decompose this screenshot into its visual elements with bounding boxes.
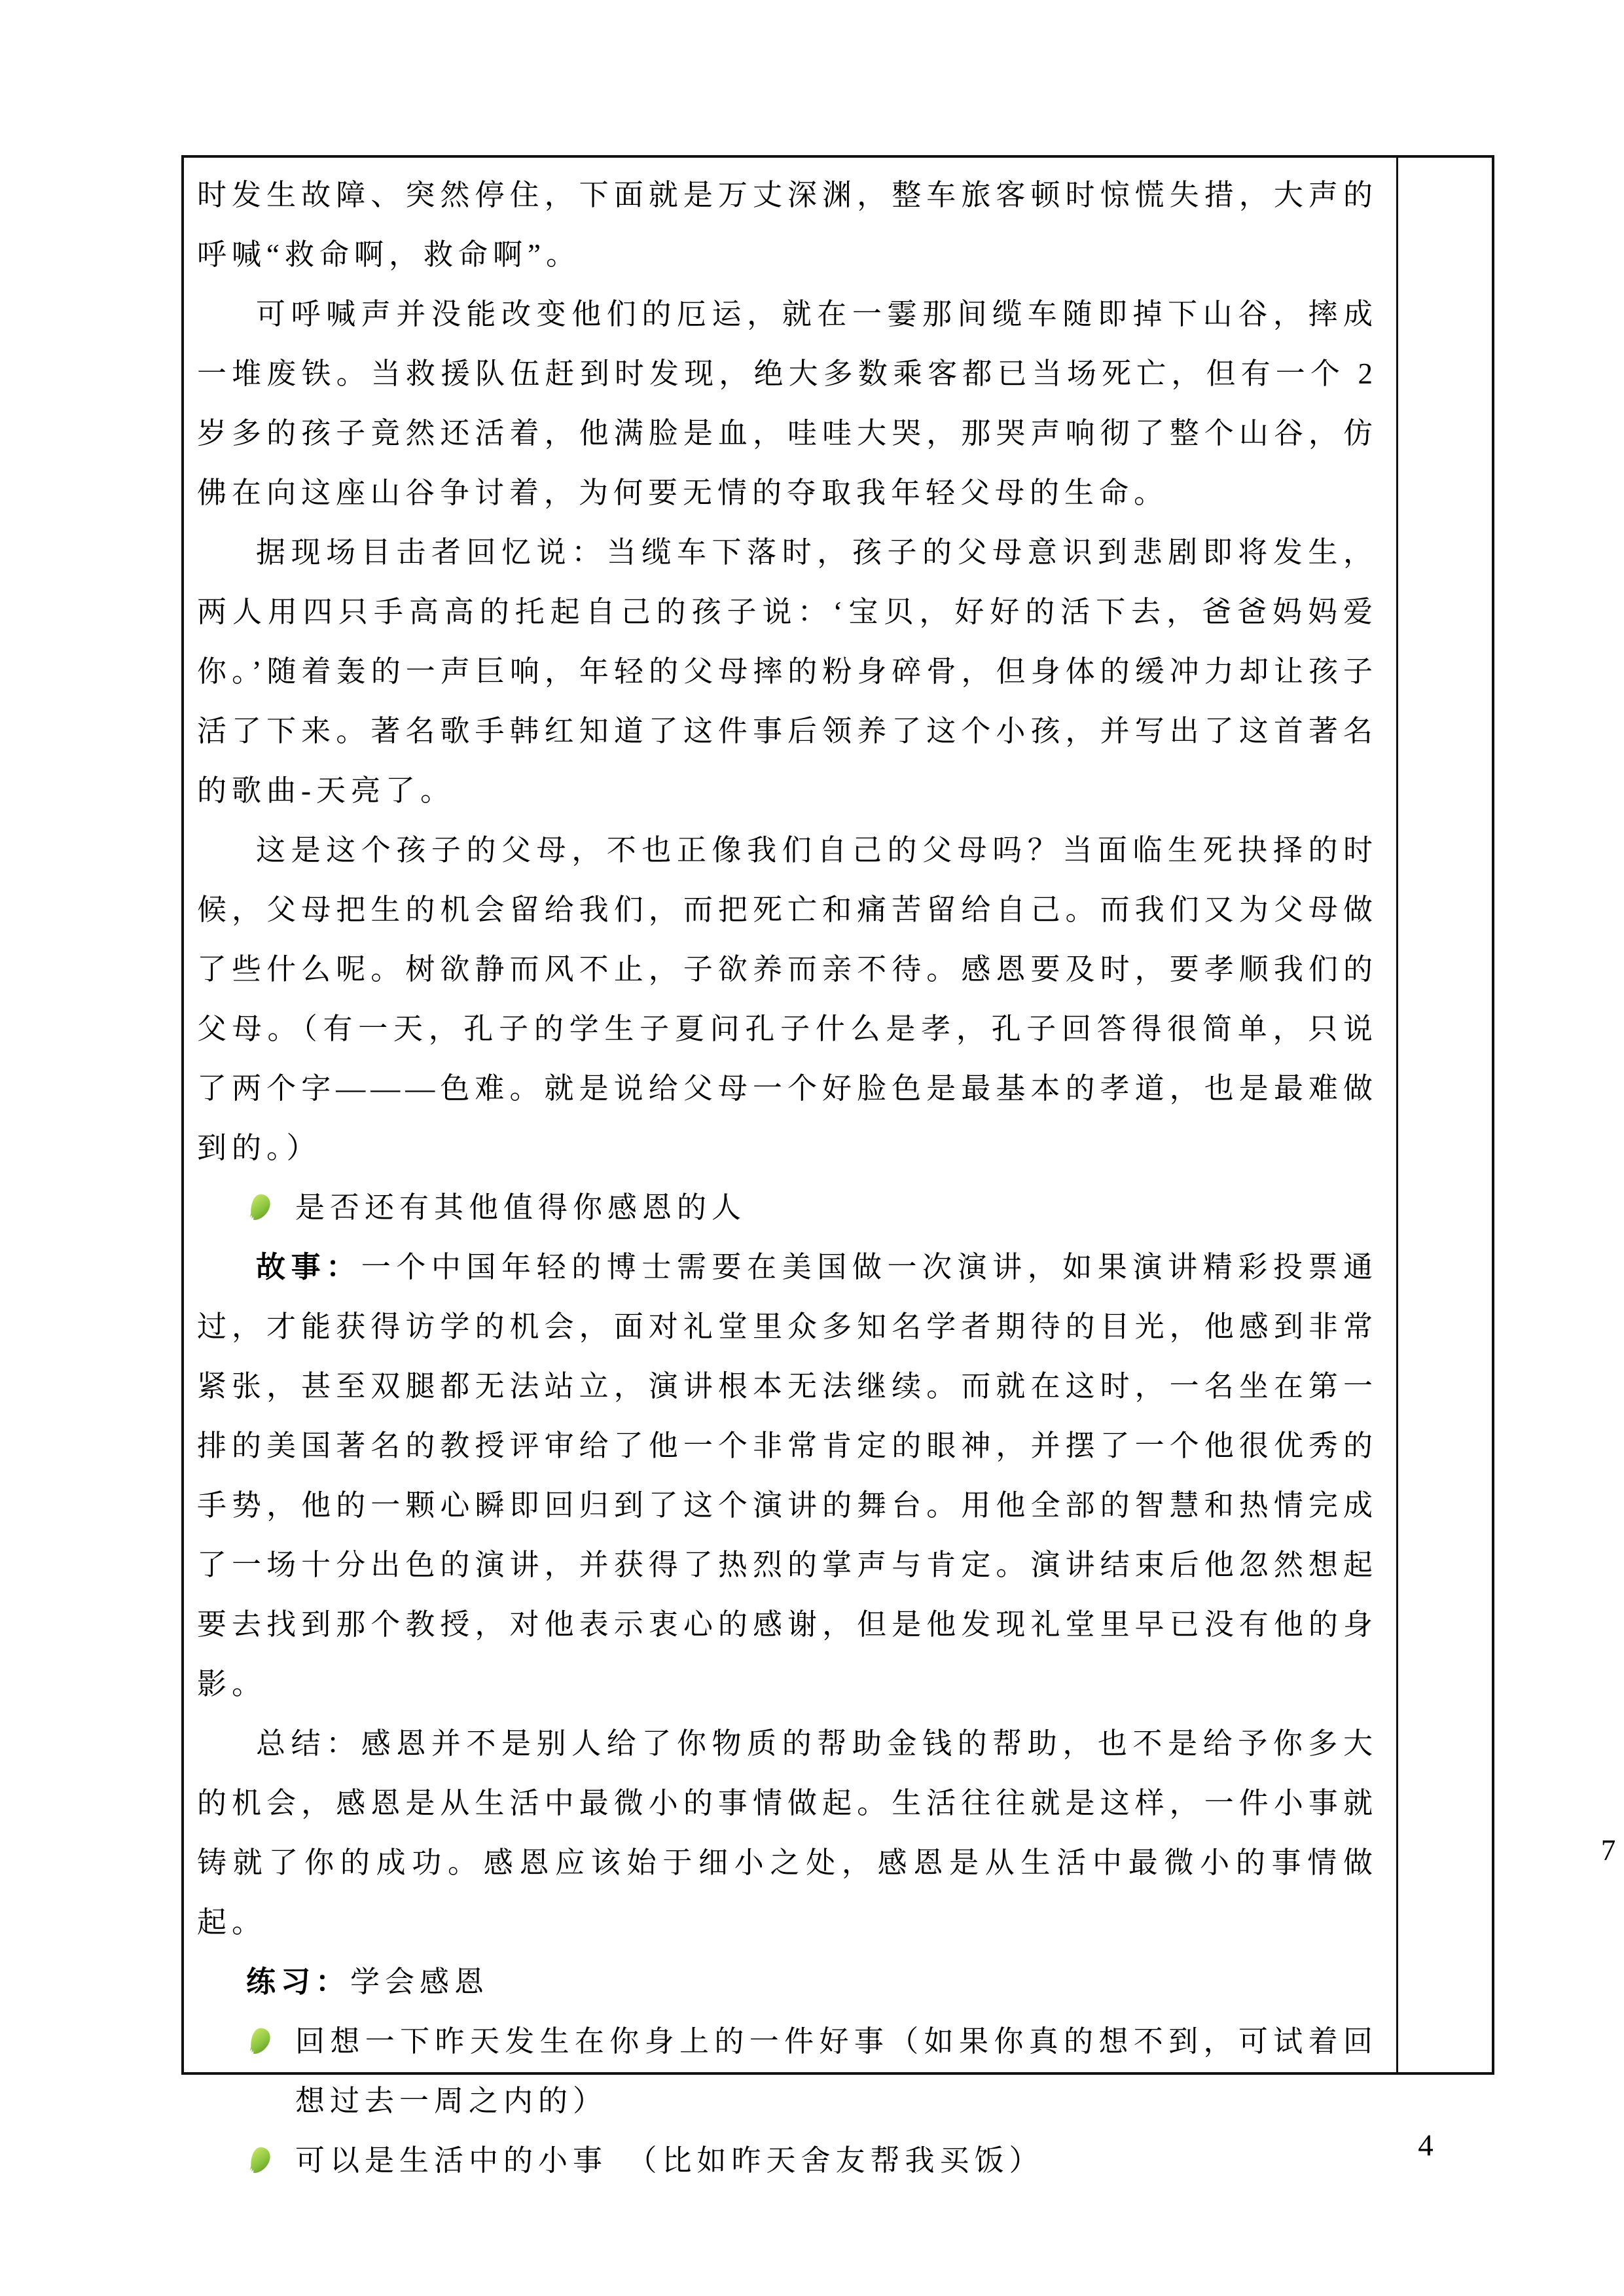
leaf-bullet-icon (248, 2147, 273, 2176)
paragraph-text: 一个中国年轻的博士需要在美国做一次演讲，如果演讲精彩投票通过，才能获得访学的机会… (197, 1251, 1378, 1700)
leaf-bullet-icon (248, 1194, 273, 1223)
exercise-heading: 练习：学会感恩 (246, 1952, 1378, 2012)
lesson-plan-table: 时发生故障、突然停住，下面就是万丈深渊，整车旅客顿时惊慌失措，大声的呼喊“救命啊… (181, 155, 1494, 2075)
page-number: 4 (1406, 2128, 1445, 2162)
paragraph-story-speech: 故事：一个中国年轻的博士需要在美国做一次演讲，如果演讲精彩投票通过，才能获得访学… (197, 1238, 1378, 1714)
side-column-number: 7 (1582, 1831, 1624, 1870)
paragraph-text: 据现场目击者回忆说：当缆车下落时，孩子的父母意识到悲剧即将发生，两人用四只手高高… (197, 536, 1378, 807)
bullet-item-recall-good-thing: 回想一下昨天发生在你身上的一件好事（如果你真的想不到，可试着回想过去一周之内的） (248, 2012, 1378, 2131)
bullet-text: 可以是生活中的小事 （比如昨天舍友帮我买饭） (295, 2131, 1378, 2191)
paragraph-text: 可呼喊声并没能改变他们的厄运，就在一霎那间缆车随即掉下山谷，摔成一堆废铁。当救援… (197, 298, 1378, 509)
bullet-item-small-things: 可以是生活中的小事 （比如昨天舍友帮我买饭） (248, 2131, 1378, 2191)
bullet-text: 是否还有其他值得你感恩的人 (295, 1178, 1378, 1238)
exercise-title: 学会感恩 (350, 1965, 489, 1998)
paragraph-rescue-child-survivor: 可呼喊声并没能改变他们的厄运，就在一霎那间缆车随即掉下山谷，摔成一堆废铁。当救援… (197, 285, 1378, 523)
bullet-item-other-people-to-thank: 是否还有其他值得你感恩的人 (248, 1178, 1378, 1238)
paragraph-witness-parents-sacrifice: 据现场目击者回忆说：当缆车下落时，孩子的父母意识到悲剧即将发生，两人用四只手高高… (197, 523, 1378, 821)
paragraph-cable-car-accident: 时发生故障、突然停住，下面就是万丈深渊，整车旅客顿时惊慌失措，大声的呼喊“救命啊… (197, 166, 1378, 285)
paragraph-gratitude-to-parents: 这是这个孩子的父母，不也正像我们自己的父母吗？当面临生死抉择的时候，父母把生的机… (197, 821, 1378, 1178)
document-page: 时发生故障、突然停住，下面就是万丈深渊，整车旅客顿时惊慌失措，大声的呼喊“救命啊… (0, 0, 1624, 2296)
story-label: 故事： (256, 1251, 361, 1283)
leaf-bullet-icon (248, 2028, 273, 2056)
paragraph-text: 这是这个孩子的父母，不也正像我们自己的父母吗？当面临生死抉择的时候，父母把生的机… (197, 834, 1378, 1164)
bullet-text: 回想一下昨天发生在你身上的一件好事（如果你真的想不到，可试着回想过去一周之内的） (295, 2012, 1378, 2131)
table-main-cell: 时发生故障、突然停住，下面就是万丈深渊，整车旅客顿时惊慌失措，大声的呼喊“救命啊… (184, 158, 1396, 2072)
paragraph-summary: 总结：感恩并不是别人给了你物质的帮助金钱的帮助，也不是给予你多大的机会，感恩是从… (197, 1714, 1378, 1952)
paragraph-text: 总结：感恩并不是别人给了你物质的帮助金钱的帮助，也不是给予你多大的机会，感恩是从… (197, 1727, 1378, 1939)
exercise-label: 练习： (246, 1965, 350, 1998)
table-column-divider (1396, 158, 1398, 2072)
paragraph-text: 时发生故障、突然停住，下面就是万丈深渊，整车旅客顿时惊慌失措，大声的呼喊“救命啊… (197, 179, 1378, 271)
